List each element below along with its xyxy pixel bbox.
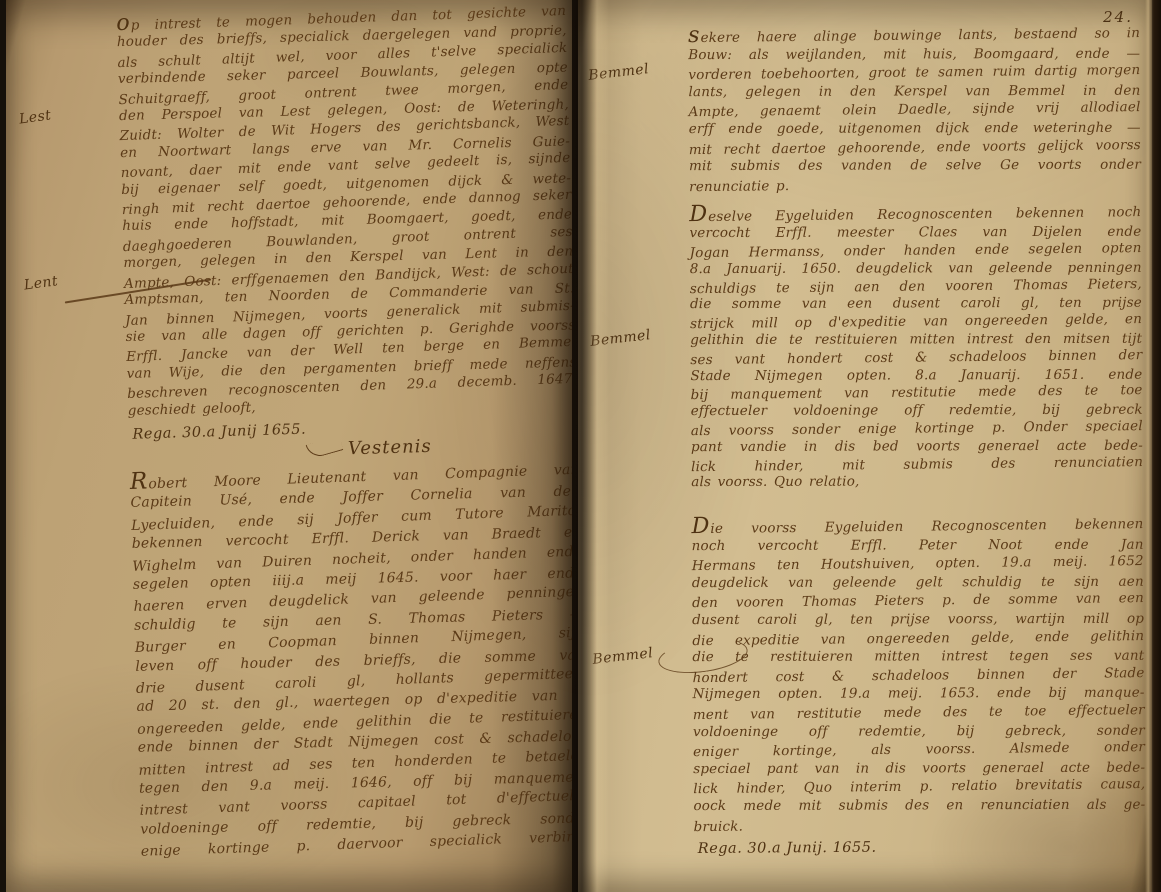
handwritten-line: erff ende goede, uitgenomen dijck ende w… [689, 119, 1141, 139]
right-page-text-column: sekere haere alinge bouwinge lants, best… [688, 23, 1146, 859]
margin-place-note: Bemmel [592, 644, 655, 669]
paragraph: sekere haere alinge bouwinge lants, best… [688, 23, 1141, 195]
paragraph: op intrest te mogen behouden dan tot ges… [116, 1, 572, 421]
handwritten-line: bruick. [693, 813, 1145, 837]
handwritten-line: renunciatie p. [689, 173, 1141, 197]
margin-place-note: Bemmel [587, 60, 650, 85]
paragraph: Die voorss Eygeluiden Recognoscenten bek… [691, 514, 1145, 835]
handwritten-line: dusent caroli gl, ten prijse voorss, war… [692, 610, 1144, 630]
left-page-text-column: op intrest te mogen behouden dan tot ges… [116, 1, 572, 862]
paragraph: Deselve Eygeluiden Recognoscenten bekenn… [689, 202, 1143, 493]
handwritten-line: sekere haere alinge bouwinge lants, best… [688, 22, 1140, 48]
registration-dateline: Rega. 30.a Junij. 1655. [698, 838, 1146, 857]
margin-place-note: Lent [23, 272, 59, 295]
manuscript-scan: op intrest te mogen behouden dan tot ges… [0, 0, 1161, 892]
page-number: 24. [1103, 8, 1133, 26]
paragraph: Robert Moore Lieutenant van Compagnie va… [130, 458, 572, 861]
handwritten-line: 8.a Januarij. 1650. deugdelick van gelee… [690, 259, 1142, 278]
margin-place-note: Lest [18, 106, 53, 129]
handwritten-line: oock mede mit submis des en renunciatien… [693, 796, 1145, 816]
handwritten-line: pant vandie in dis bed voorts generael a… [691, 437, 1143, 456]
handwritten-line: als voorss. Quo relatio, [691, 473, 1143, 492]
left-page: op intrest te mogen behouden dan tot ges… [6, 0, 572, 892]
right-page: sekere haere alinge bouwinge lants, best… [578, 0, 1152, 892]
margin-place-note: Bemmel [589, 327, 651, 351]
